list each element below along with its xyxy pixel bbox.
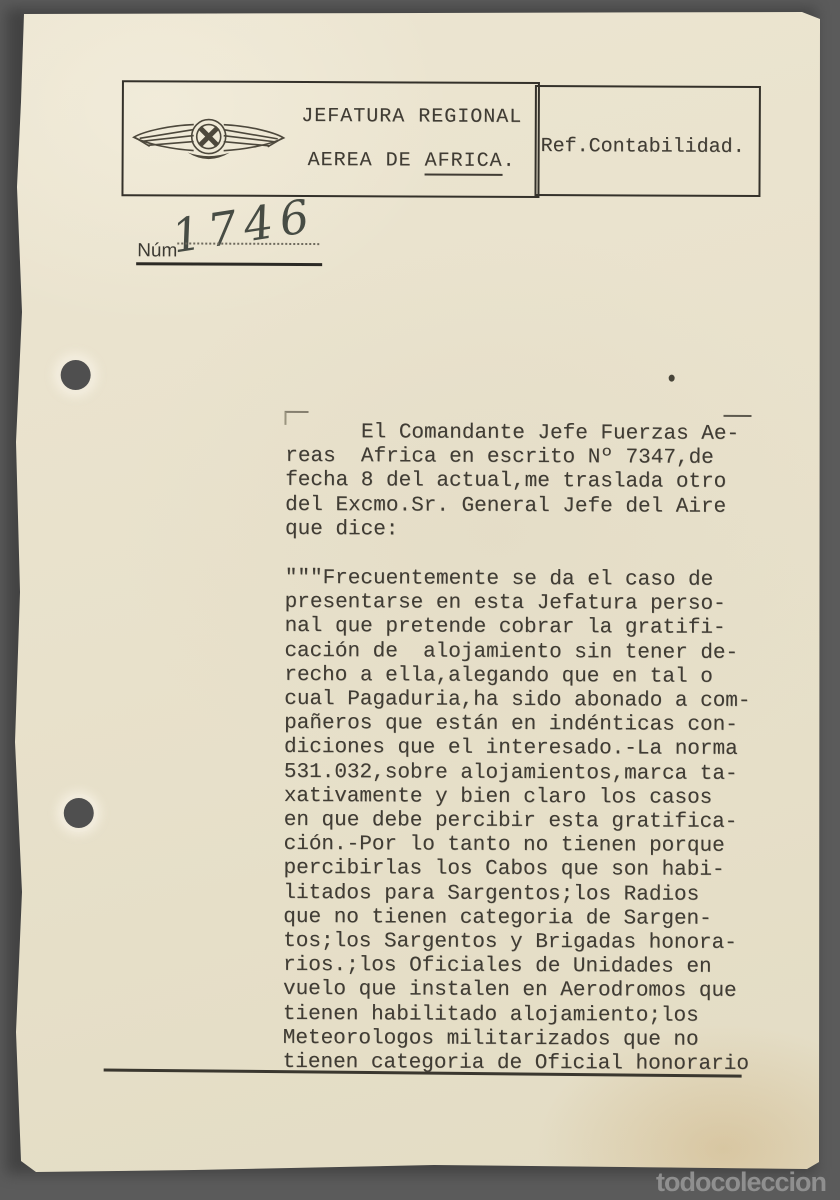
hole-punch-top bbox=[61, 360, 91, 390]
document-paper: JEFATURA REGIONAL AEREA DE AFRICA. Ref.C… bbox=[14, 12, 820, 1172]
text-line: cual Pagaduria,ha sido abonado a com- bbox=[284, 688, 750, 714]
todocoleccion-watermark: todocoleccion bbox=[656, 1167, 826, 1198]
text-line: Meteorologos militarizados que no bbox=[283, 1027, 749, 1053]
text-line: litados para Sargentos;los Radios bbox=[283, 882, 749, 908]
org-name-line2-period: . bbox=[503, 150, 516, 173]
pencil-mark-right bbox=[724, 415, 752, 417]
text-line: nal que pretende cobrar la gratifi- bbox=[285, 615, 751, 641]
hole-punch-bottom bbox=[64, 798, 94, 828]
text-line: xativamente y bien claro los casos bbox=[284, 785, 750, 811]
text-line: vuelo que instalen en Aerodromos que bbox=[283, 978, 749, 1004]
air-force-wings-emblem-icon bbox=[126, 98, 292, 177]
org-name-line1: JEFATURA REGIONAL bbox=[292, 105, 532, 129]
text-line: presentarse en esta Jefatura perso- bbox=[285, 591, 751, 617]
org-name-line2-prefix: AEREA DE bbox=[308, 149, 425, 173]
text-line: cación de alojamiento sin tener de- bbox=[284, 640, 750, 666]
text-line: del Excmo.Sr. General Jefe del Aire bbox=[285, 494, 739, 520]
org-name-line2-underlined: AFRICA bbox=[425, 150, 503, 176]
text-line: en que debe percibir esta gratifica- bbox=[284, 809, 750, 835]
reference-label: Ref.Contabilidad. bbox=[541, 135, 745, 159]
paper-content: JEFATURA REGIONAL AEREA DE AFRICA. Ref.C… bbox=[9, 12, 820, 1176]
scanned-document-photo: JEFATURA REGIONAL AEREA DE AFRICA. Ref.C… bbox=[0, 0, 840, 1200]
text-line: que dice: bbox=[285, 518, 739, 544]
text-line: diciones que el interesado.-La norma bbox=[284, 736, 750, 762]
body-paragraph-1: El Comandante Jefe Fuerzas Ae-reas Afric… bbox=[285, 421, 739, 544]
ink-speck bbox=[669, 375, 675, 382]
text-line: tos;los Sargentos y Brigadas honora- bbox=[283, 930, 749, 956]
text-line: pañeros que están en indénticas con- bbox=[284, 712, 750, 738]
org-name-line2: AEREA DE AFRICA. bbox=[292, 149, 532, 173]
number-field-label: Núm bbox=[137, 240, 177, 262]
text-line: tienen habilitado alojamiento;los bbox=[283, 1003, 749, 1029]
text-line: ción.-Por lo tanto no tienen porque bbox=[284, 833, 750, 859]
text-line: El Comandante Jefe Fuerzas Ae- bbox=[285, 421, 739, 447]
text-line: fecha 8 del actual,me traslada otro bbox=[285, 469, 739, 495]
number-value-handwritten: 1746 bbox=[168, 188, 320, 263]
text-line: """Frecuentemente se da el caso de bbox=[285, 567, 751, 593]
body-paragraph-2: """Frecuentemente se da el caso depresen… bbox=[283, 567, 751, 1077]
number-underline bbox=[136, 262, 322, 266]
text-line: 531.032,sobre alojamientos,marca ta- bbox=[284, 761, 750, 787]
text-line: que no tienen categoria de Sargen- bbox=[283, 906, 749, 932]
text-line: percibirlas los Cabos que son habi- bbox=[283, 857, 749, 883]
text-line: reas Africa en escrito Nº 7347,de bbox=[285, 445, 739, 471]
text-line: rios.;los Oficiales de Unidades en bbox=[283, 954, 749, 980]
text-line: recho a ella,alegando que en tal o bbox=[284, 664, 750, 690]
